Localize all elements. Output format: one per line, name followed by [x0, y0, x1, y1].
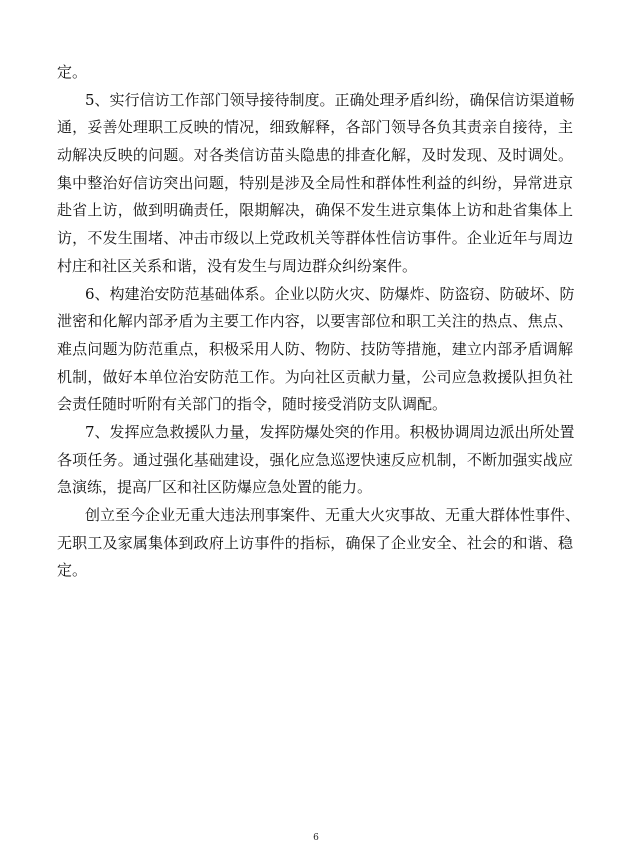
text-line: 定。	[57, 557, 573, 585]
text-line: 机制，做好本单位治安防范工作。为向社区贡献力量，公司应急救援队担负社	[57, 364, 573, 392]
text-line: 泄密和化解内部矛盾为主要工作内容，以要害部位和职工关注的热点、焦点、	[57, 308, 573, 336]
text-line: 村庄和社区关系和谐，没有发生与周边群众纠纷案件。	[57, 253, 573, 281]
text-line: 动解决反映的问题。对各类信访苗头隐患的排查化解，及时发现、及时调处。	[57, 142, 573, 170]
text-line: 5、实行信访工作部门领导接待制度。正确处理矛盾纠纷，确保信访渠道畅	[57, 87, 573, 115]
body-text: 定。 5、实行信访工作部门领导接待制度。正确处理矛盾纠纷，确保信访渠道畅 通，妥…	[57, 59, 573, 585]
text-line: 难点问题为防范重点，积极采用人防、物防、技防等措施，建立内部矛盾调解	[57, 336, 573, 364]
text-line: 访，不发生围堵、冲击市级以上党政机关等群体性信访事件。企业近年与周边	[57, 225, 573, 253]
paragraph-continuation: 定。	[57, 59, 573, 87]
page-number: 6	[0, 831, 632, 845]
text-line: 急演练，提高厂区和社区防爆应急处置的能力。	[57, 474, 573, 502]
text-line: 通，妥善处理职工反映的情况，细致解释，各部门领导各负其责亲自接待，主	[57, 114, 573, 142]
text-line: 集中整治好信访突出问题，特别是涉及全局性和群体性利益的纠纷，异常进京	[57, 170, 573, 198]
text-line: 6、构建治安防范基础体系。企业以防火灾、防爆炸、防盗窃、防破坏、防	[57, 281, 573, 309]
text-line: 定。	[57, 59, 573, 87]
text-line: 创立至今企业无重大违法刑事案件、无重大火灾事故、无重大群体性事件、	[57, 502, 573, 530]
text-line: 各项任务。通过强化基础建设，强化应急巡逻快速反应机制，不断加强实战应	[57, 447, 573, 475]
paragraph-item-7: 7、发挥应急救援队力量，发挥防爆处突的作用。积极协调周边派出所处置 各项任务。通…	[57, 419, 573, 502]
paragraph-summary: 创立至今企业无重大违法刑事案件、无重大火灾事故、无重大群体性事件、 无职工及家属…	[57, 502, 573, 585]
text-line: 无职工及家属集体到政府上访事件的指标，确保了企业安全、社会的和谐、稳	[57, 530, 573, 558]
text-line: 7、发挥应急救援队力量，发挥防爆处突的作用。积极协调周边派出所处置	[57, 419, 573, 447]
document-page: 定。 5、实行信访工作部门领导接待制度。正确处理矛盾纠纷，确保信访渠道畅 通，妥…	[0, 0, 632, 868]
text-line: 赴省上访，做到明确责任，限期解决，确保不发生进京集体上访和赴省集体上	[57, 197, 573, 225]
paragraph-item-5: 5、实行信访工作部门领导接待制度。正确处理矛盾纠纷，确保信访渠道畅 通，妥善处理…	[57, 87, 573, 281]
text-line: 会责任随时听附有关部门的指令，随时接受消防支队调配。	[57, 391, 573, 419]
paragraph-item-6: 6、构建治安防范基础体系。企业以防火灾、防爆炸、防盗窃、防破坏、防 泄密和化解内…	[57, 281, 573, 419]
